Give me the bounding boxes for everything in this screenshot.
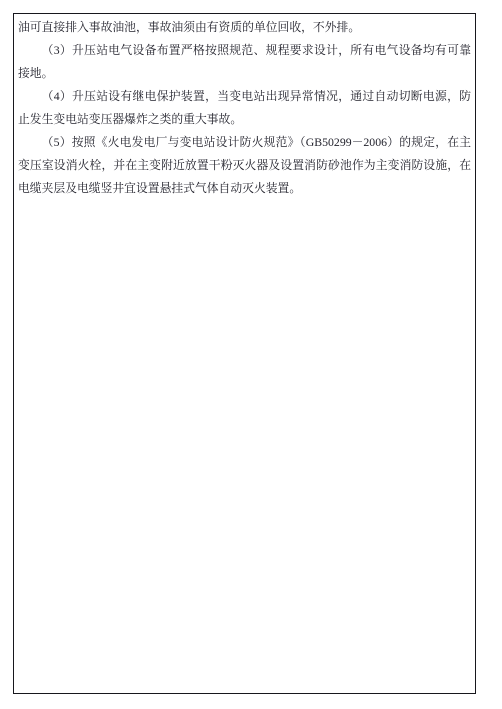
- paragraph-continuation: 油可直接排入事故油池，事故油须由有资质的单位回收，不外排。: [18, 16, 471, 39]
- page-border-frame: 油可直接排入事故油池，事故油须由有资质的单位回收，不外排。 （3）升压站电气设备…: [13, 13, 476, 694]
- document-page: 油可直接排入事故油池，事故油须由有资质的单位回收，不外排。 （3）升压站电气设备…: [0, 0, 502, 709]
- paragraph-item-3: （3）升压站电气设备布置严格按照规范、规程要求设计，所有电气设备均有可靠接地。: [18, 39, 471, 85]
- paragraph-item-4: （4）升压站设有继电保护装置，当变电站出现异常情况，通过自动切断电源，防止发生变…: [18, 85, 471, 131]
- paragraph-item-5: （5）按照《火电发电厂与变电站设计防火规范》（GB50299－2006）的规定，…: [18, 131, 471, 200]
